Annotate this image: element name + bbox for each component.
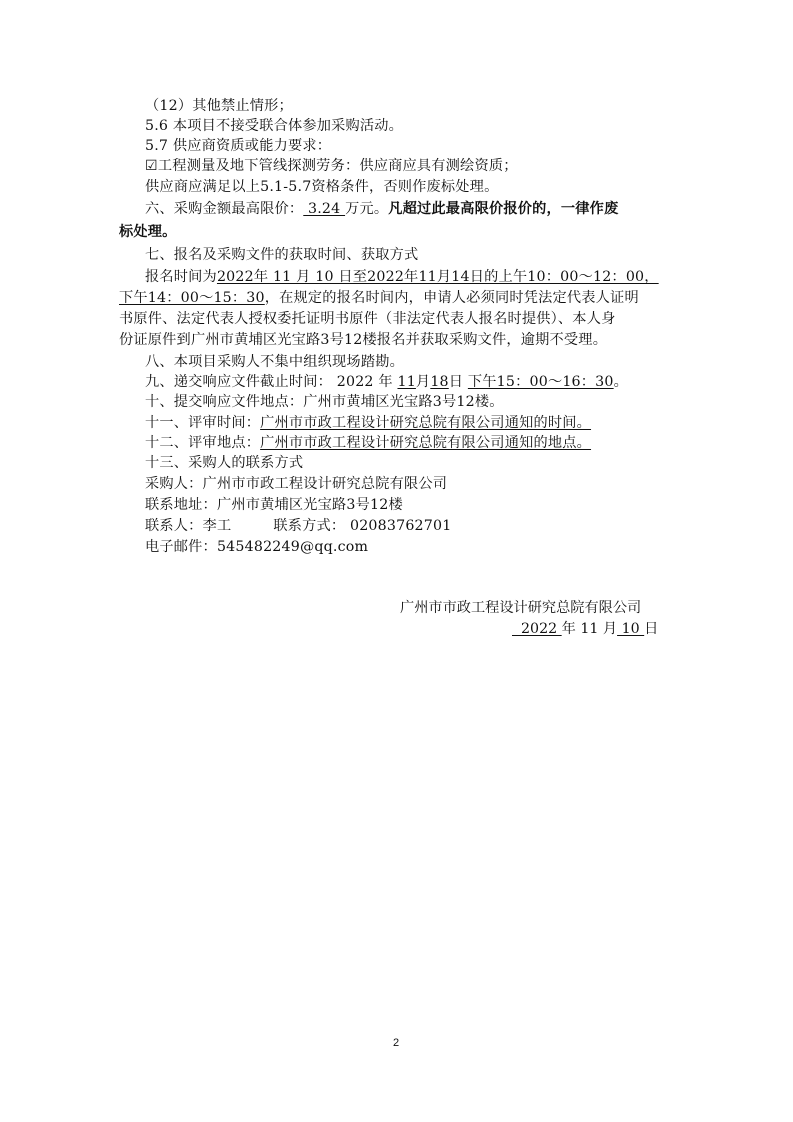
registration-docs: 书原件、法定代表人授权委托证明书原件（非法定代表人报名时提供）、本人身 xyxy=(119,309,615,329)
prohibited-item-12: （12）其他禁止情形； xyxy=(145,96,293,116)
period: 。 xyxy=(614,374,628,390)
registration-time-cont: 下午14：00～15：30，在规定的报名时间内，申请人必须同时凭法定代表人证明 xyxy=(119,288,639,308)
qualification-note: 供应商应满足以上5.1-5.7资格条件，否则作废标处理。 xyxy=(145,177,498,197)
document-page: （12）其他禁止情形； 5.6 本项目不接受联合体参加采购活动。 5.7 供应商… xyxy=(0,0,793,1122)
max-price-label: 六、采购金额最高限价： xyxy=(145,201,303,217)
signature-day: 10 xyxy=(617,621,644,637)
registration-location: 份证原件到广州市黄埔区光宝路3号12楼报名并获取采购文件，逾期不受理。 xyxy=(119,330,607,350)
max-price-warning: 凡超过此最高限价报价的，一律作废 xyxy=(388,201,618,217)
contact-phone: 联系方式： 02083762701 xyxy=(273,518,451,534)
contact-email[interactable]: 电子邮件：545482249@qq.com xyxy=(145,537,368,557)
clause-5-7: 5.7 供应商资质或能力要求： xyxy=(145,136,331,156)
purchaser-name: 采购人：广州市市政工程设计研究总院有限公司 xyxy=(145,474,447,494)
deadline-label: 九、递交响应文件截止时间： 2022 年 xyxy=(145,374,397,390)
contact-line: 联系人：李工联系方式： 02083762701 xyxy=(145,516,451,536)
max-price-amount: 3.24 xyxy=(303,201,345,217)
section-7-heading: 七、报名及采购文件的获取时间、获取方式 xyxy=(145,245,418,265)
deadline-month: 11 xyxy=(397,374,415,390)
section-12-review-location: 十二、评审地点：广州市市政工程设计研究总院有限公司通知的地点。 xyxy=(145,433,591,453)
signature-day-unit: 日 xyxy=(644,621,658,637)
deadline-day: 18 xyxy=(430,374,448,390)
section-11-review-time: 十一、评审时间：广州市市政工程设计研究总院有限公司通知的时间。 xyxy=(145,413,591,433)
contact-person: 联系人：李工 xyxy=(145,518,231,534)
review-time-label: 十一、评审时间： xyxy=(145,415,260,431)
registration-requirement: ，在规定的报名时间内，申请人必须同时凭法定代表人证明 xyxy=(265,290,639,306)
purchaser-address: 联系地址：广州市黄埔区光宝路3号12楼 xyxy=(145,495,403,515)
section-9-deadline: 九、递交响应文件截止时间： 2022 年 11月18日 下午15：00～16：3… xyxy=(145,372,628,392)
review-location-value: 广州市市政工程设计研究总院有限公司通知的地点。 xyxy=(260,435,591,451)
max-price-warning-cont: 标处理。 xyxy=(119,222,177,242)
max-price-unit: 万元。 xyxy=(345,201,388,217)
registration-afternoon-time: 下午14：00～15：30 xyxy=(119,290,265,306)
signature-month: 年 11 月 xyxy=(562,621,617,637)
month-unit: 月 xyxy=(416,374,430,390)
registration-time-line: 报名时间为2022年 11 月 10 日至2022年11月14日的上午10：00… xyxy=(145,267,659,287)
max-price-line: 六、采购金额最高限价： 3.24 万元。凡超过此最高限价报价的，一律作废 xyxy=(145,199,618,219)
section-10-location: 十、提交响应文件地点：广州市黄埔区光宝路3号12楼。 xyxy=(145,392,504,412)
signature-year: 2022 xyxy=(512,621,562,637)
deadline-time: 下午15：00～16：30 xyxy=(468,374,614,390)
section-8: 八、本项目采购人不集中组织现场踏勘。 xyxy=(145,352,404,372)
page-number: 2 xyxy=(393,1037,399,1049)
qualification-survey: ☑工程测量及地下管线探测劳务：供应商应具有测绘资质； xyxy=(145,156,518,176)
section-13-heading: 十三、采购人的联系方式 xyxy=(145,453,303,473)
review-time-value: 广州市市政工程设计研究总院有限公司通知的时间。 xyxy=(260,415,591,431)
day-unit: 日 xyxy=(449,374,468,390)
review-location-label: 十二、评审地点： xyxy=(145,435,260,451)
signature-org: 广州市市政工程设计研究总院有限公司 xyxy=(400,598,641,618)
registration-time-label: 报名时间为 xyxy=(145,269,217,285)
signature-date: 2022 年 11 月 10 日 xyxy=(512,619,658,639)
registration-time-range: 2022年 11 月 10 日至2022年11月14日的上午10：00～12：0… xyxy=(217,269,659,285)
clause-5-6: 5.6 本项目不接受联合体参加采购活动。 xyxy=(145,116,403,136)
